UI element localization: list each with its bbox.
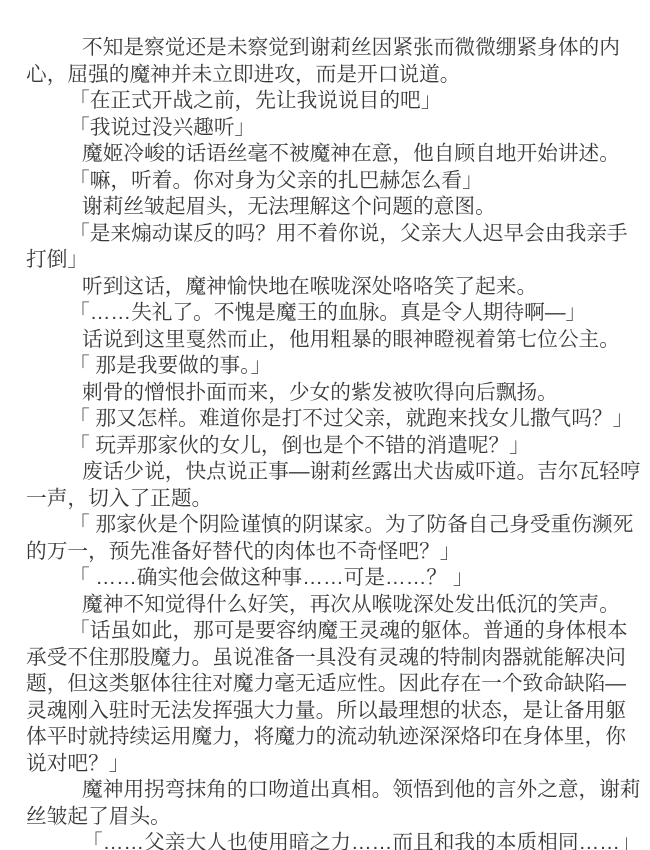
paragraph: 听到这话，魔神愉快地在喉咙深处咯咯笑了起来。 xyxy=(26,274,650,301)
dialogue-paragraph: 「在正式开战之前，先让我说说目的吧」 xyxy=(26,88,650,115)
paragraph: 不知是察觉还是未察觉到谢莉丝因紧张而微微绷紧身体的内 心，屈强的魔神并未立即进攻… xyxy=(26,35,650,88)
novel-page: 不知是察觉还是未察觉到谢莉丝因紧张而微微绷紧身体的内 心，屈强的魔神并未立即进攻… xyxy=(0,0,650,850)
dialogue-paragraph: 「 那是我要做的事。」 xyxy=(26,353,650,380)
dialogue-paragraph: 「嘛，听着。你对身为父亲的扎巴赫怎么看」 xyxy=(26,168,650,195)
paragraph: 刺骨的憎恨扑面而来，少女的紫发被吹得向后飘扬。 xyxy=(26,380,650,407)
paragraph: 魔神用拐弯抹角的口吻道出真相。领悟到他的言外之意，谢莉 丝皱起了眉头。 xyxy=(26,777,650,830)
dialogue-paragraph: 「我说过没兴趣听」 xyxy=(26,115,650,142)
novel-text-column: 不知是察觉还是未察觉到谢莉丝因紧张而微微绷紧身体的内 心，屈强的魔神并未立即进攻… xyxy=(26,35,650,850)
dialogue-paragraph: 「 那家伙是个阴险谨慎的阴谋家。为了防备自己身受重伤濒死 的万一，预先准备好替代… xyxy=(26,512,650,565)
paragraph: 废话少说，快点说正事—谢莉丝露出犬齿威吓道。吉尔瓦轻哼 一声，切入了正题。 xyxy=(26,459,650,512)
paragraph: 话说到这里戛然而止，他用粗暴的眼神瞪视着第七位公主。 xyxy=(26,327,650,354)
paragraph: 魔神不知觉得什么好笑，再次从喉咙深处发出低沉的笑声。 xyxy=(26,592,650,619)
paragraph: 谢莉丝皱起眉头，无法理解这个问题的意图。 xyxy=(26,194,650,221)
dialogue-paragraph: 「……失礼了。不愧是魔王的血脉。真是令人期待啊—」 xyxy=(26,300,650,327)
dialogue-paragraph: 「是来煽动谋反的吗？用不着你说，父亲大人迟早会由我亲手 打倒」 xyxy=(26,221,650,274)
dialogue-paragraph: 「……父亲大人也使用暗之力……而且和我的本质相同……」 xyxy=(26,830,650,850)
dialogue-paragraph: 「 玩弄那家伙的女儿，倒也是个不错的消遣呢？」 xyxy=(26,433,650,460)
dialogue-paragraph: 「 那又怎样。难道你是打不过父亲，就跑来找女儿撒气吗？」 xyxy=(26,406,650,433)
dialogue-paragraph: 「话虽如此，那可是要容纳魔王灵魂的躯体。普通的身体根本 承受不住那股魔力。虽说准… xyxy=(26,618,650,777)
paragraph: 魔姬冷峻的话语丝毫不被魔神在意，他自顾自地开始讲述。 xyxy=(26,141,650,168)
dialogue-paragraph: 「 ……确实他会做这种事……可是……？ 」 xyxy=(26,565,650,592)
